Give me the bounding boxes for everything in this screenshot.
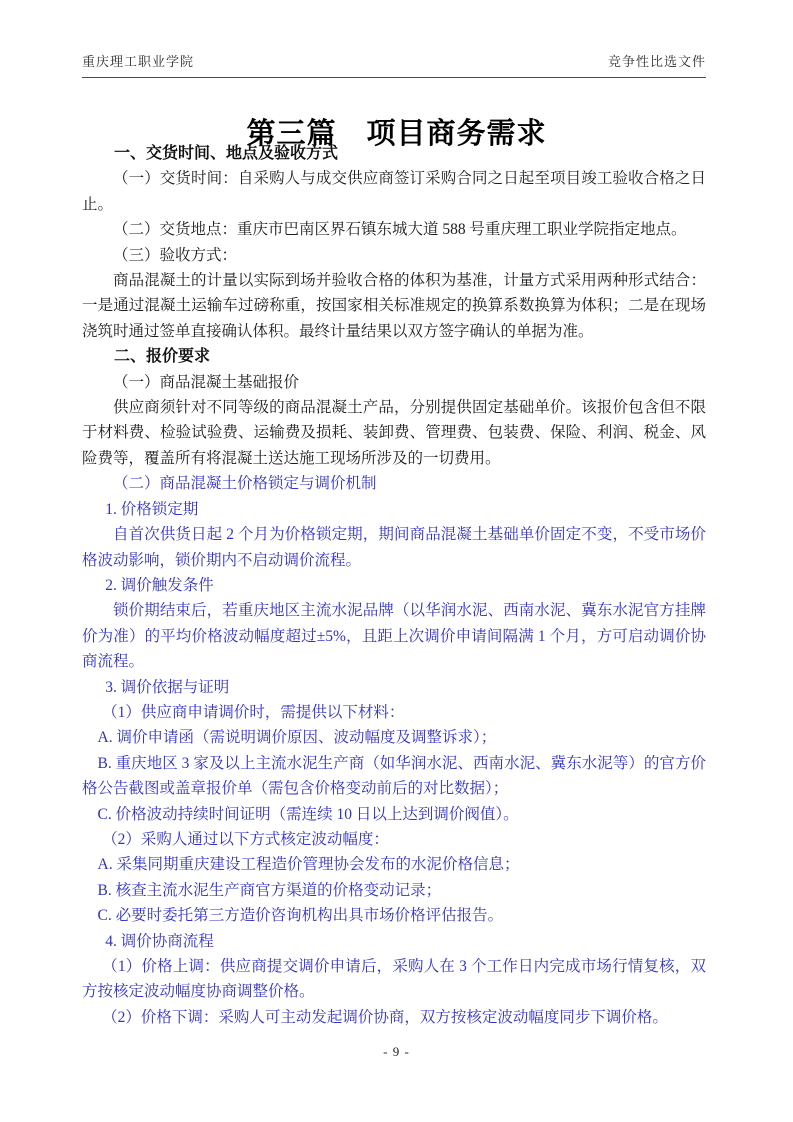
paragraph: B. 核查主流水泥生产商官方渠道的价格变动记录； — [82, 878, 706, 903]
paragraph: 供应商须针对不同等级的商品混凝土产品，分别提供固定基础单价。该报价包含但不限于材… — [82, 395, 706, 471]
page-number: - 9 - — [383, 1044, 410, 1059]
paragraph: （二）商品混凝土价格锁定与调价机制 — [82, 471, 706, 496]
paragraph: （1）供应商申请调价时，需提供以下材料： — [82, 700, 706, 725]
paragraph: A. 采集同期重庆建设工程造价管理协会发布的水泥价格信息； — [82, 852, 706, 877]
header-org-name: 重庆理工职业学院 — [82, 52, 194, 72]
page-header: 重庆理工职业学院 竞争性比选文件 — [82, 52, 706, 78]
paragraph: （2）价格下调：采购人可主动发起调价协商，双方按核定波动幅度同步下调价格。 — [82, 1005, 706, 1030]
paragraph: （一）交货时间：自采购人与成交供应商签订采购合同之日起至项目竣工验收合格之日止。 — [82, 166, 706, 217]
document-page: { "header": { "left": "重庆理工职业学院", "right… — [0, 0, 793, 1122]
section-heading: 二、报价要求 — [82, 344, 706, 369]
paragraph: C. 必要时委托第三方造价咨询机构出具市场价格评估报告。 — [82, 903, 706, 928]
paragraph: （2）采购人通过以下方式核定波动幅度： — [82, 827, 706, 852]
header-doc-type: 竞争性比选文件 — [608, 52, 706, 72]
paragraph: 商品混凝土的计量以实际到场并验收合格的体积为基准，计量方式采用两种形式结合：一是… — [82, 268, 706, 344]
paragraph: 自首次供货日起 2 个月为价格锁定期，期间商品混凝土基础单价固定不变，不受市场价… — [82, 522, 706, 573]
page-footer: - 9 - — [0, 1044, 793, 1060]
paragraph: （三）验收方式： — [82, 243, 706, 268]
paragraph: （1）价格上调：供应商提交调价申请后，采购人在 3 个工作日内完成市场行情复核，… — [82, 954, 706, 1005]
paragraph: 3. 调价依据与证明 — [82, 675, 706, 700]
document-body: 一、交货时间、地点及验收方式（一）交货时间：自采购人与成交供应商签订采购合同之日… — [82, 141, 706, 1030]
paragraph: （一）商品混凝土基础报价 — [82, 370, 706, 395]
paragraph: A. 调价申请函（需说明调价原因、波动幅度及调整诉求）； — [82, 725, 706, 750]
paragraph: 锁价期结束后，若重庆地区主流水泥品牌（以华润水泥、西南水泥、冀东水泥官方挂牌价为… — [82, 598, 706, 674]
paragraph: 4. 调价协商流程 — [82, 929, 706, 954]
section-heading: 一、交货时间、地点及验收方式 — [82, 141, 706, 166]
paragraph: B. 重庆地区 3 家及以上主流水泥生产商（如华润水泥、西南水泥、冀东水泥等）的… — [82, 751, 706, 802]
paragraph: （二）交货地点：重庆市巴南区界石镇东城大道 588 号重庆理工职业学院指定地点。 — [82, 217, 706, 242]
paragraph: C. 价格波动持续时间证明（需连续 10 日以上达到调价阀值）。 — [82, 802, 706, 827]
paragraph: 1. 价格锁定期 — [82, 497, 706, 522]
paragraph: 2. 调价触发条件 — [82, 573, 706, 598]
